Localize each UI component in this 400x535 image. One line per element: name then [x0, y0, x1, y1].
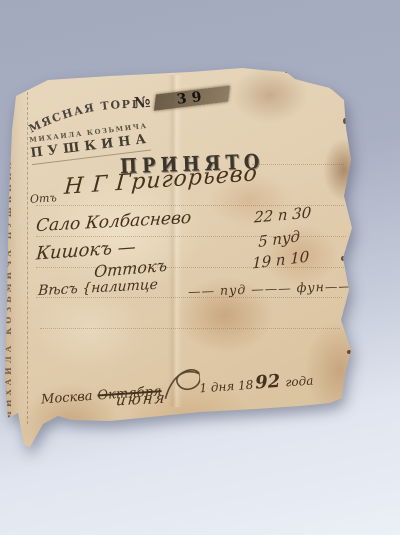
perforation-line	[27, 92, 28, 424]
edge-speck	[343, 118, 347, 124]
entry-label-weight: Вѣсъ {налитце	[38, 277, 159, 299]
entry-value-kishok: 5 пуд	[258, 227, 300, 251]
entry-value-salo: 22 п 30	[254, 203, 312, 226]
edge-speck	[58, 442, 63, 446]
receipt-paper: МИХАИЛА КОЗЬМИЧА ПУШКИНА МЯСНАЯ ТОРГОВЛЯ…	[0, 0, 400, 535]
ink-smear-band: 39	[154, 85, 230, 110]
counterfoil-vertical-text: МИХАИЛА КОЗЬМИЧА ПУШКИНА	[3, 120, 13, 420]
receipt-number-value: 39	[177, 88, 208, 107]
ruled-line	[252, 164, 344, 165]
edge-speck	[297, 74, 300, 77]
date-year-overwrite: 92	[255, 371, 281, 394]
entry-value-weight: —— пуд ——— фун——	[188, 278, 352, 299]
ruled-line	[40, 328, 340, 329]
ruled-line	[36, 267, 344, 268]
from-name: Н Г Григорьево	[63, 161, 258, 200]
entry-value-ottok: 19 п 10	[252, 247, 309, 272]
date-day-part: 1 дня 18	[199, 378, 254, 396]
date-line: Москва Октября 1 дня 18 92 года	[39, 349, 314, 409]
date-year-suffix: года	[285, 373, 314, 389]
from-prefix: Отъ	[30, 191, 58, 206]
corrected-month: июня	[115, 389, 167, 410]
paper-shadow: МИХАИЛА КОЗЬМИЧА ПУШКИНА МЯСНАЯ ТОРГОВЛЯ…	[0, 0, 400, 535]
edge-speck	[341, 256, 345, 261]
edge-speck	[330, 86, 333, 89]
edge-speck	[347, 350, 351, 354]
photo-of-receipt: МИХАИЛА КОЗЬМИЧА ПУШКИНА МЯСНАЯ ТОРГОВЛЯ…	[0, 0, 400, 535]
edge-speck	[309, 78, 312, 80]
date-city: Москва	[41, 389, 93, 408]
numero-sign: №	[133, 93, 151, 112]
edge-speck	[285, 70, 289, 73]
